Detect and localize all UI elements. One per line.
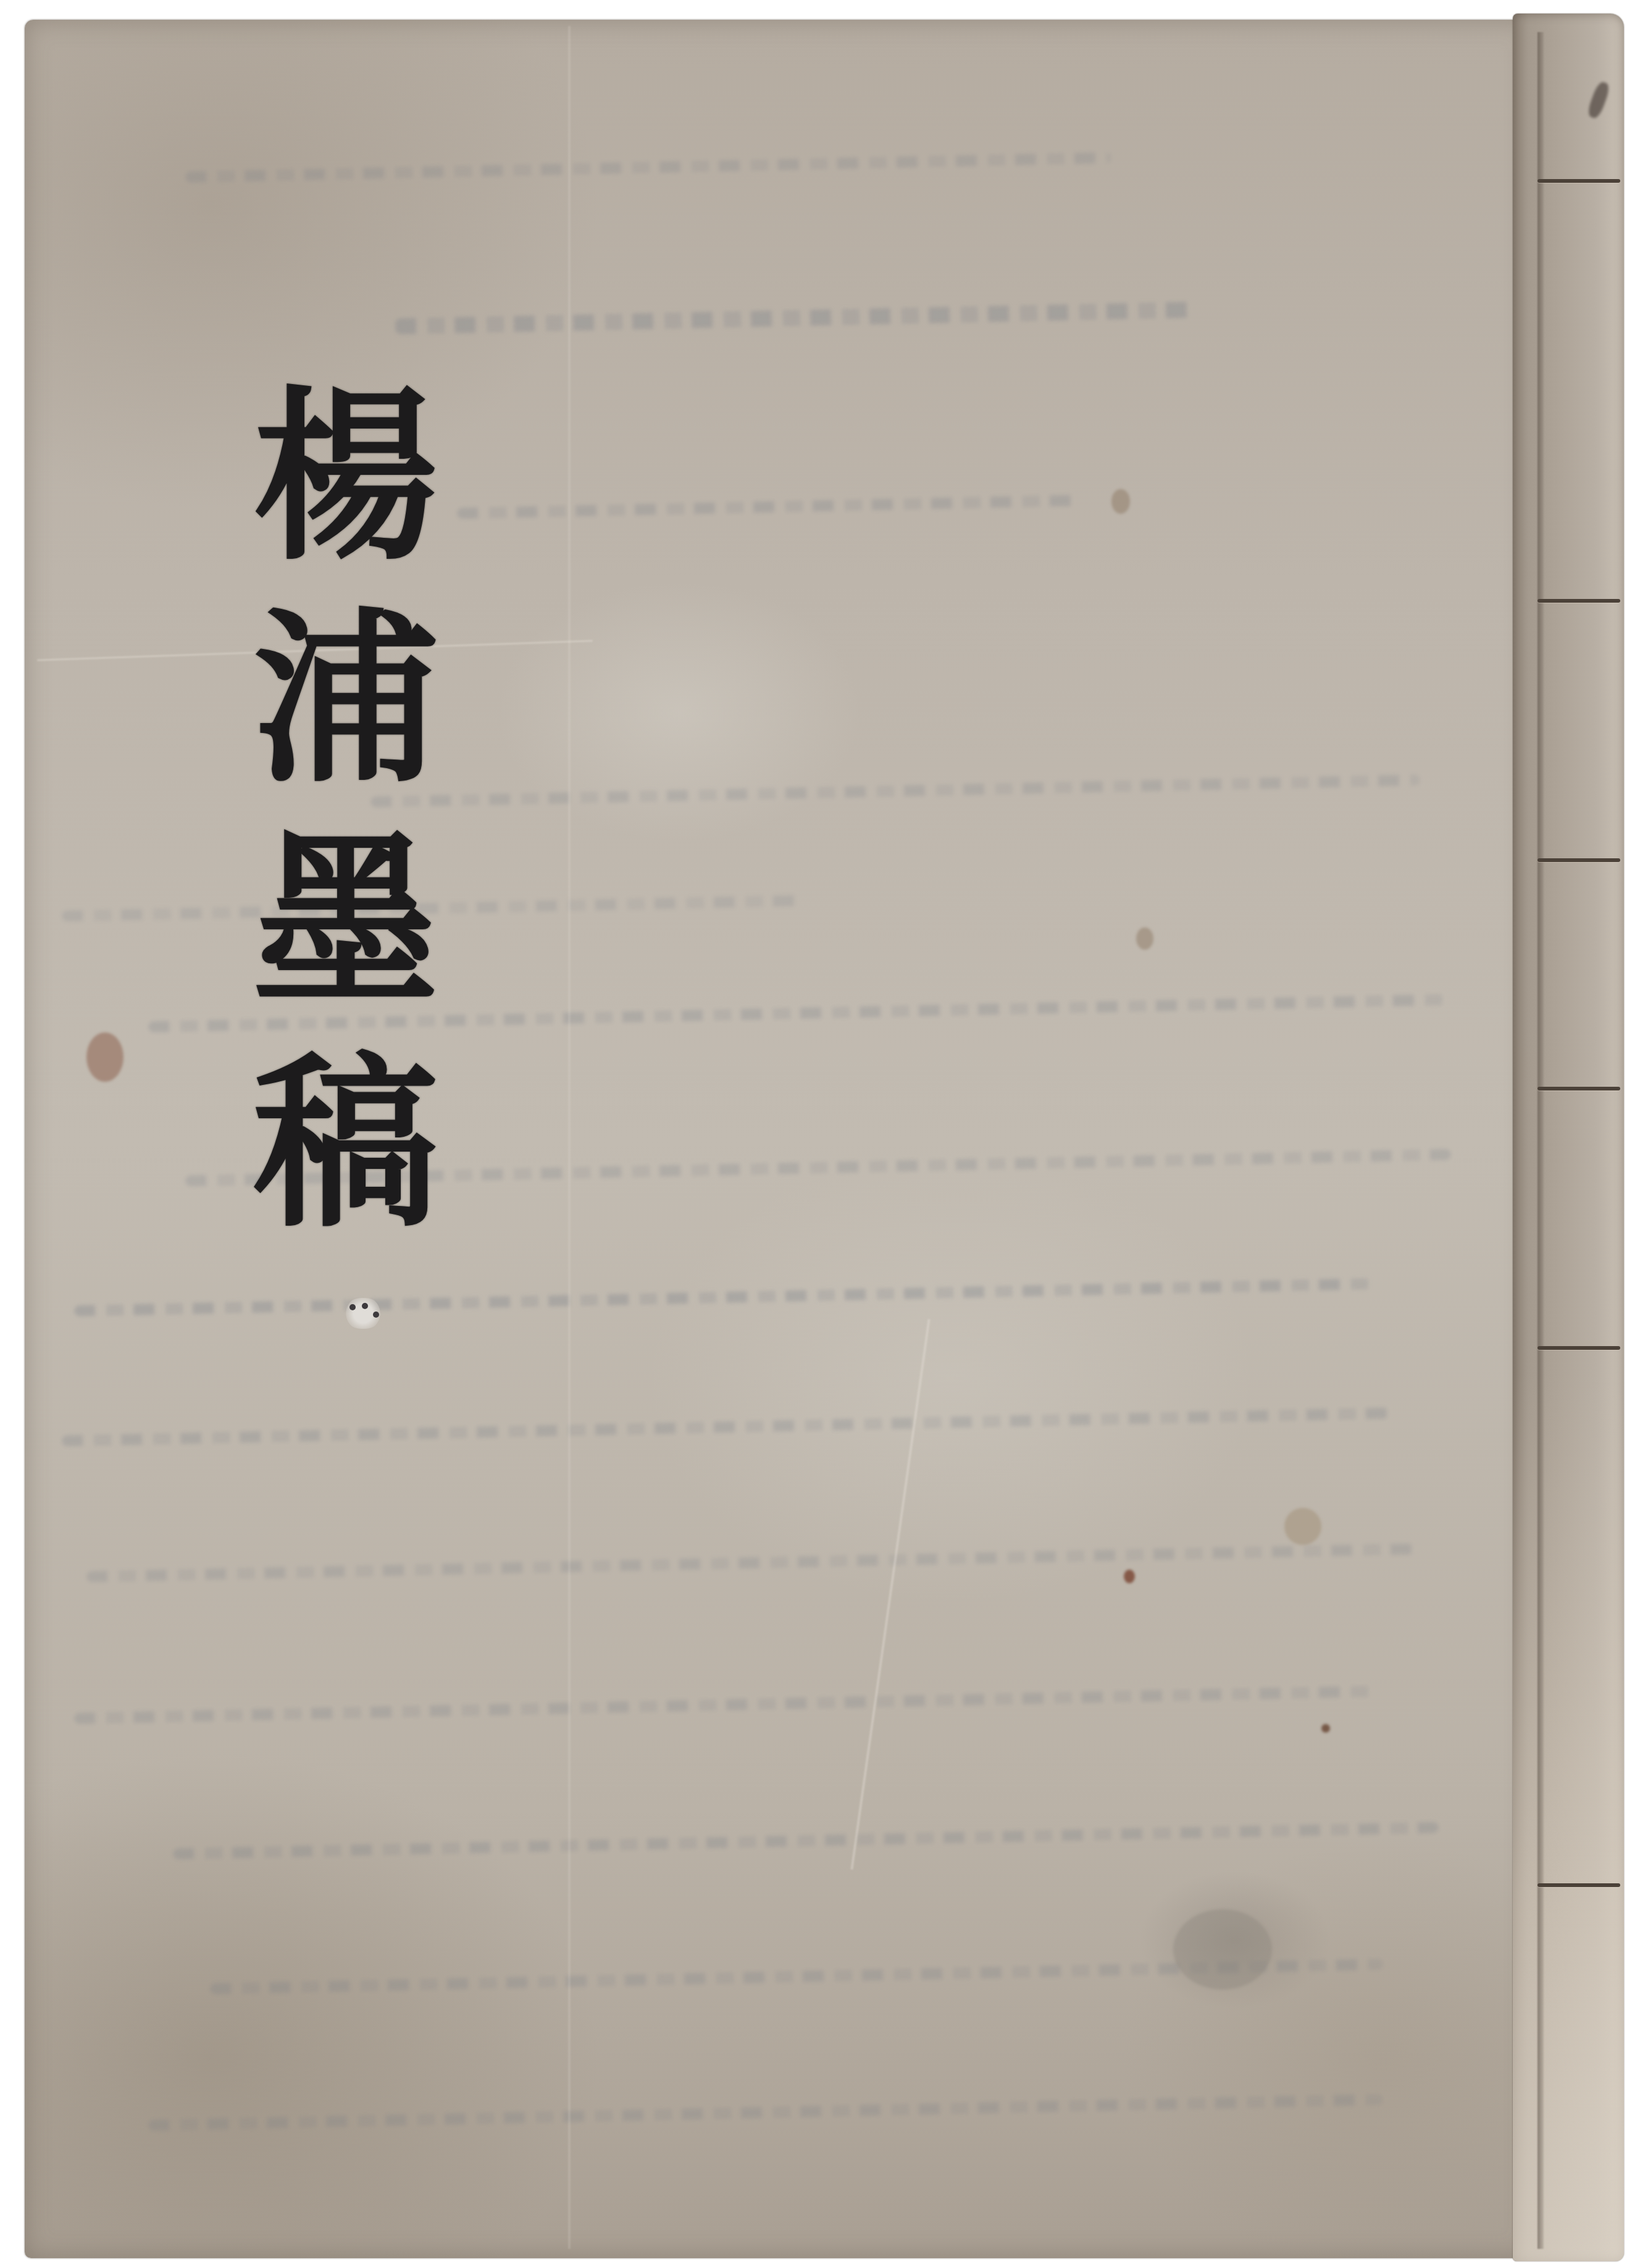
binding-stitch	[1537, 179, 1620, 183]
paper-crease	[568, 26, 571, 2249]
spine-wear	[1513, 1372, 1624, 2261]
stain	[1124, 1570, 1135, 1583]
stain	[1111, 489, 1130, 514]
title-char: 楊	[253, 366, 438, 588]
stain	[1136, 927, 1153, 950]
bleed-through-text	[148, 2094, 1383, 2131]
title-char: 墨	[253, 810, 438, 1032]
binding-stitch	[1537, 1346, 1620, 1350]
bleed-through-text	[173, 1822, 1439, 1860]
bleed-through-text	[74, 1278, 1371, 1316]
ink-mark	[345, 1298, 382, 1329]
bleed-through-text	[86, 1543, 1414, 1582]
binding-stitch	[1537, 599, 1620, 603]
book-title: 楊 浦 墨 稿	[228, 366, 463, 1255]
bleed-through-text	[395, 301, 1198, 334]
paper-crease	[850, 1319, 930, 1870]
spine-ink-mark	[1586, 80, 1611, 120]
stain	[1284, 1508, 1321, 1545]
binding-stitch	[1537, 1087, 1620, 1090]
spine-fold	[1537, 32, 1544, 2249]
binding-stitch	[1537, 858, 1620, 862]
stain	[1173, 1909, 1272, 1990]
stain	[86, 1032, 123, 1082]
bleed-through-text	[62, 1407, 1389, 1446]
stain	[1321, 1724, 1330, 1733]
book-spine	[1513, 14, 1624, 2261]
bleed-through-text	[74, 1686, 1371, 1724]
book: 楊 浦 墨 稿	[25, 14, 1624, 2261]
bleed-through-text	[185, 152, 1111, 182]
book-cover: 楊 浦 墨 稿	[25, 20, 1531, 2258]
bleed-through-text	[370, 774, 1420, 808]
title-char: 稿	[253, 1032, 438, 1255]
title-char: 浦	[253, 588, 438, 810]
binding-stitch	[1537, 1883, 1620, 1887]
bleed-through-text	[457, 495, 1074, 519]
